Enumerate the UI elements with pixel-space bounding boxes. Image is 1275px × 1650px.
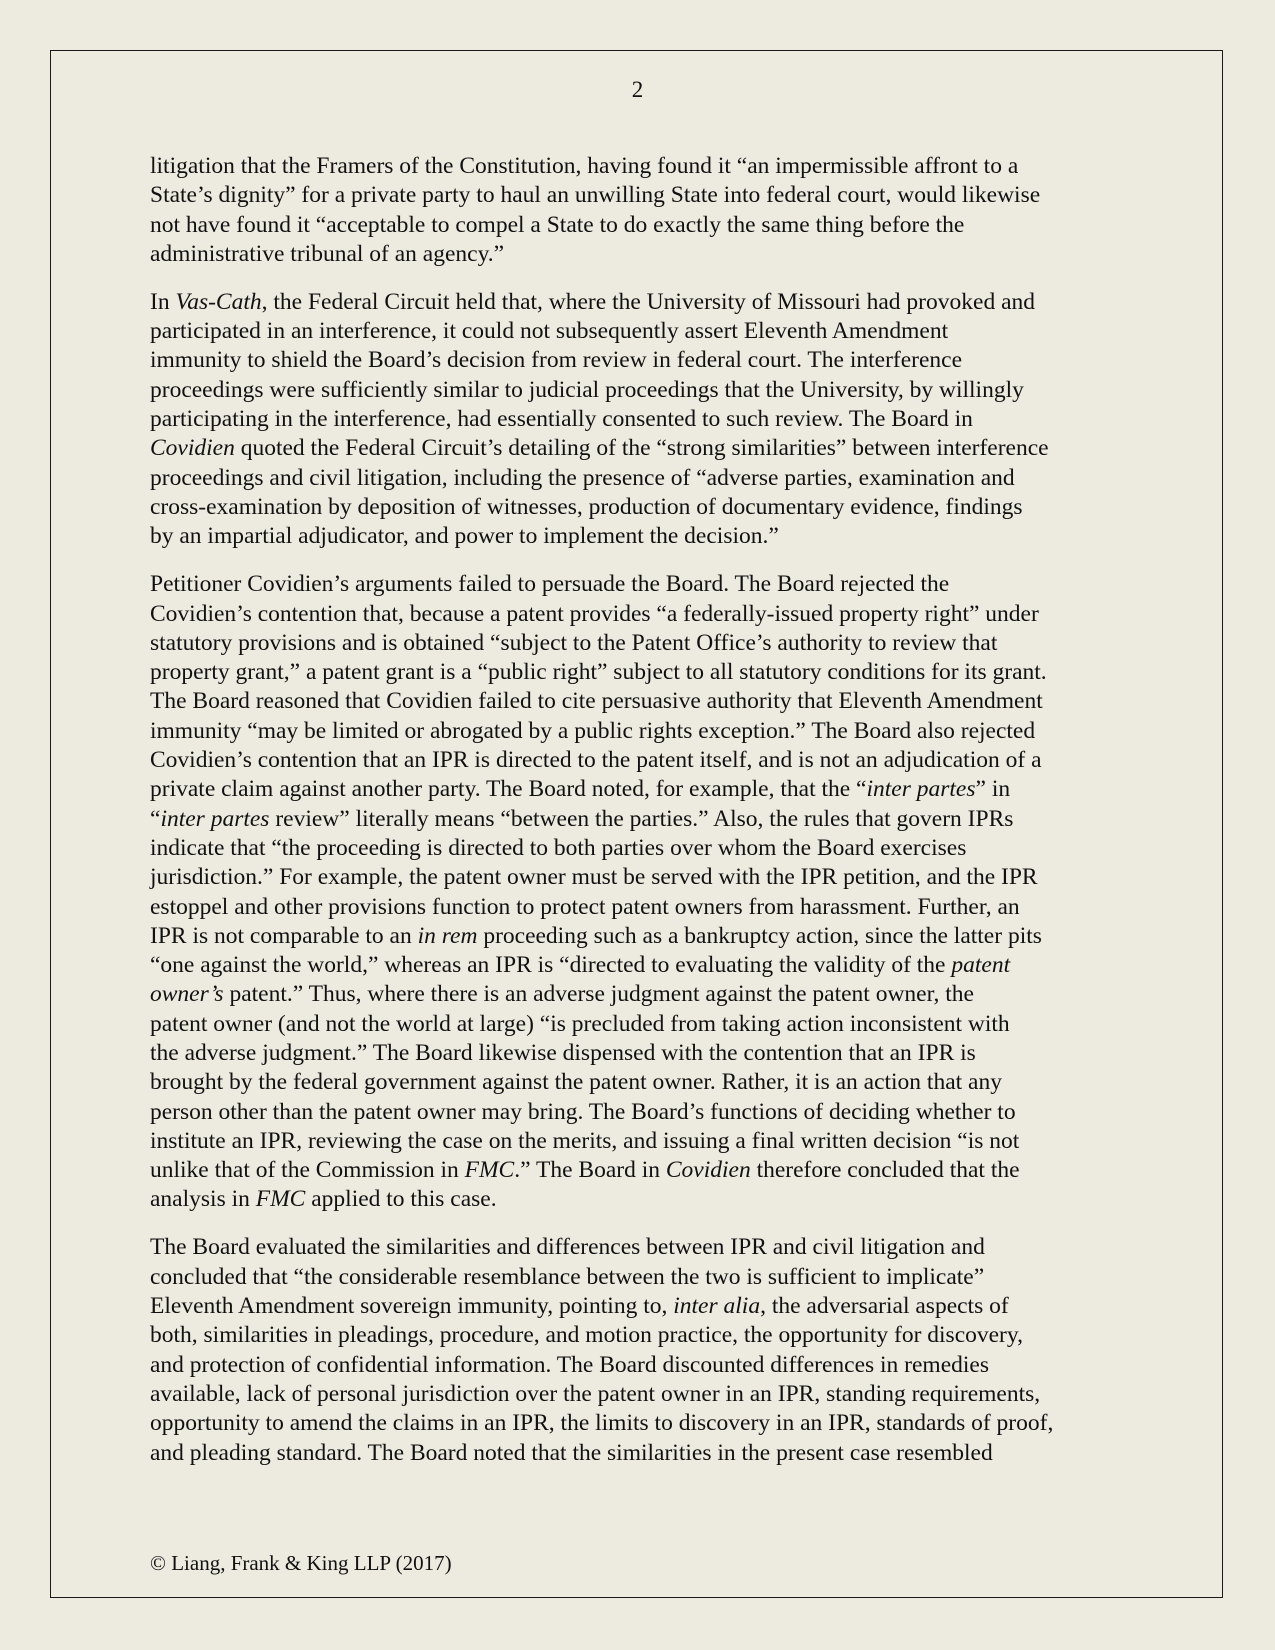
- text-line: The Board reasoned that Covidien failed …: [150, 687, 1140, 716]
- text-line: litigation that the Framers of the Const…: [150, 152, 1140, 181]
- text-segment: private claim against another party. The…: [150, 776, 867, 802]
- text-segment: patent owner (and not the world at large…: [150, 1011, 1010, 1037]
- page-number: 2: [0, 76, 1275, 104]
- text-line: Covidien quoted the Federal Circuit’s de…: [150, 434, 1140, 463]
- italic-text: Covidien: [666, 1157, 751, 1183]
- text-segment: Covidien’s contention that an IPR is dir…: [150, 747, 1042, 773]
- text-line: institute an IPR, reviewing the case on …: [150, 1127, 1140, 1156]
- text-segment: and protection of confidential informati…: [150, 1352, 989, 1378]
- text-line: “inter partes review” literally means “b…: [150, 805, 1140, 834]
- text-line: and pleading standard. The Board noted t…: [150, 1439, 1140, 1468]
- text-line: estoppel and other provisions function t…: [150, 893, 1140, 922]
- text-segment: quoted the Federal Circuit’s detailing o…: [235, 435, 1049, 461]
- text-segment: by an impartial adjudicator, and power t…: [150, 523, 779, 549]
- text-segment: proceedings were sufficiently similar to…: [150, 377, 1024, 403]
- text-segment: The Board reasoned that Covidien failed …: [150, 688, 1043, 714]
- text-segment: administrative tribunal of an agency.”: [150, 241, 504, 267]
- italic-text: Vas-Cath: [175, 289, 261, 315]
- text-segment: concluded that “the considerable resembl…: [150, 1264, 984, 1290]
- text-segment: institute an IPR, reviewing the case on …: [150, 1128, 1019, 1154]
- text-segment: participating in the interference, had e…: [150, 406, 973, 432]
- text-segment: Petitioner Covidien’s arguments failed t…: [150, 571, 949, 597]
- text-segment: patent.” Thus, where there is an adverse…: [224, 981, 974, 1007]
- text-segment: Covidien’s contention that, because a pa…: [150, 601, 1039, 627]
- text-segment: .” The Board in: [514, 1157, 666, 1183]
- text-line: both, similarities in pleadings, procedu…: [150, 1321, 1140, 1350]
- text-line: “one against the world,” whereas an IPR …: [150, 951, 1140, 980]
- italic-text: Covidien: [150, 435, 235, 461]
- italic-text: inter partes: [867, 776, 976, 802]
- text-line: In Vas-Cath, the Federal Circuit held th…: [150, 288, 1140, 317]
- text-segment: therefore concluded that the: [751, 1157, 1020, 1183]
- text-segment: In: [150, 289, 175, 315]
- text-segment: cross-examination by deposition of witne…: [150, 494, 1023, 520]
- text-line: The Board evaluated the similarities and…: [150, 1233, 1140, 1262]
- italic-text: FMC: [256, 1186, 306, 1212]
- text-line: participated in an interference, it coul…: [150, 317, 1140, 346]
- text-segment: jurisdiction.” For example, the patent o…: [150, 864, 1038, 890]
- text-segment: The Board evaluated the similarities and…: [150, 1234, 985, 1260]
- text-segment: person other than the patent owner may b…: [150, 1099, 1016, 1125]
- text-segment: “one against the world,” whereas an IPR …: [150, 952, 951, 978]
- text-segment: estoppel and other provisions function t…: [150, 894, 1020, 920]
- text-line: statutory provisions and is obtained “su…: [150, 629, 1140, 658]
- text-line: by an impartial adjudicator, and power t…: [150, 522, 1140, 551]
- text-segment: “: [150, 806, 160, 832]
- text-line: person other than the patent owner may b…: [150, 1098, 1140, 1127]
- text-segment: and pleading standard. The Board noted t…: [150, 1440, 993, 1466]
- text-segment: statutory provisions and is obtained “su…: [150, 630, 997, 656]
- text-line: patent owner (and not the world at large…: [150, 1010, 1140, 1039]
- text-segment: immunity “may be limited or abrogated by…: [150, 718, 1035, 744]
- text-segment: unlike that of the Commission in: [150, 1157, 465, 1183]
- text-segment: the adverse judgment.” The Board likewis…: [150, 1040, 976, 1066]
- text-segment: proceedings and civil litigation, includ…: [150, 465, 1015, 491]
- text-line: Covidien’s contention that, because a pa…: [150, 600, 1140, 629]
- text-line: private claim against another party. The…: [150, 775, 1140, 804]
- text-line: property grant,” a patent grant is a “pu…: [150, 658, 1140, 687]
- text-segment: Eleventh Amendment sovereign immunity, p…: [150, 1293, 673, 1319]
- text-segment: indicate that “the proceeding is directe…: [150, 835, 966, 861]
- text-line: immunity “may be limited or abrogated by…: [150, 717, 1140, 746]
- text-line: unlike that of the Commission in FMC.” T…: [150, 1156, 1140, 1185]
- text-line: analysis in FMC applied to this case.: [150, 1185, 1140, 1214]
- text-segment: participated in an interference, it coul…: [150, 318, 948, 344]
- text-line: indicate that “the proceeding is directe…: [150, 834, 1140, 863]
- text-line: State’s dignity” for a private party to …: [150, 181, 1140, 210]
- text-segment: immunity to shield the Board’s decision …: [150, 347, 962, 373]
- text-line: Petitioner Covidien’s arguments failed t…: [150, 570, 1140, 599]
- italic-text: FMC: [465, 1157, 515, 1183]
- text-segment: available, lack of personal jurisdiction…: [150, 1381, 1040, 1407]
- text-line: cross-examination by deposition of witne…: [150, 493, 1140, 522]
- text-line: IPR is not comparable to an in rem proce…: [150, 922, 1140, 951]
- text-segment: proceeding such as a bankruptcy action, …: [477, 923, 1041, 949]
- italic-text: inter alia: [673, 1293, 760, 1319]
- text-line: proceedings were sufficiently similar to…: [150, 376, 1140, 405]
- text-segment: property grant,” a patent grant is a “pu…: [150, 659, 1047, 685]
- text-segment: opportunity to amend the claims in an IP…: [150, 1410, 1053, 1436]
- text-segment: review” literally means “between the par…: [269, 806, 1013, 832]
- text-line: opportunity to amend the claims in an IP…: [150, 1409, 1140, 1438]
- paragraph-1: litigation that the Framers of the Const…: [150, 152, 1140, 269]
- text-line: proceedings and civil litigation, includ…: [150, 464, 1140, 493]
- text-segment: , the Federal Circuit held that, where t…: [262, 289, 1035, 315]
- document-body: litigation that the Framers of the Const…: [150, 152, 1140, 1487]
- text-line: and protection of confidential informati…: [150, 1351, 1140, 1380]
- text-line: owner’s patent.” Thus, where there is an…: [150, 980, 1140, 1009]
- paragraph-3: Petitioner Covidien’s arguments failed t…: [150, 570, 1140, 1215]
- text-segment: brought by the federal government agains…: [150, 1069, 1002, 1095]
- text-segment: State’s dignity” for a private party to …: [150, 182, 1040, 208]
- text-segment: not have found it “acceptable to compel …: [150, 212, 964, 238]
- text-segment: both, similarities in pleadings, procedu…: [150, 1322, 1023, 1348]
- paragraph-2: In Vas-Cath, the Federal Circuit held th…: [150, 288, 1140, 552]
- text-line: concluded that “the considerable resembl…: [150, 1263, 1140, 1292]
- text-segment: , the adversarial aspects of: [760, 1293, 1009, 1319]
- text-line: available, lack of personal jurisdiction…: [150, 1380, 1140, 1409]
- text-segment: litigation that the Framers of the Const…: [150, 153, 1018, 179]
- italic-text: inter partes: [160, 806, 269, 832]
- text-line: Eleventh Amendment sovereign immunity, p…: [150, 1292, 1140, 1321]
- text-line: brought by the federal government agains…: [150, 1068, 1140, 1097]
- text-segment: analysis in: [150, 1186, 256, 1212]
- text-segment: IPR is not comparable to an: [150, 923, 418, 949]
- text-line: jurisdiction.” For example, the patent o…: [150, 863, 1140, 892]
- text-segment: ” in: [976, 776, 1011, 802]
- italic-text: owner’s: [150, 981, 224, 1007]
- footer-copyright: © Liang, Frank & King LLP (2017): [150, 1550, 452, 1576]
- text-line: Covidien’s contention that an IPR is dir…: [150, 746, 1140, 775]
- text-line: not have found it “acceptable to compel …: [150, 211, 1140, 240]
- text-line: the adverse judgment.” The Board likewis…: [150, 1039, 1140, 1068]
- italic-text: patent: [951, 952, 1010, 978]
- text-line: immunity to shield the Board’s decision …: [150, 346, 1140, 375]
- text-segment: applied to this case.: [305, 1186, 496, 1212]
- text-line: administrative tribunal of an agency.”: [150, 240, 1140, 269]
- italic-text: in rem: [418, 923, 478, 949]
- paragraph-4: The Board evaluated the similarities and…: [150, 1233, 1140, 1467]
- text-line: participating in the interference, had e…: [150, 405, 1140, 434]
